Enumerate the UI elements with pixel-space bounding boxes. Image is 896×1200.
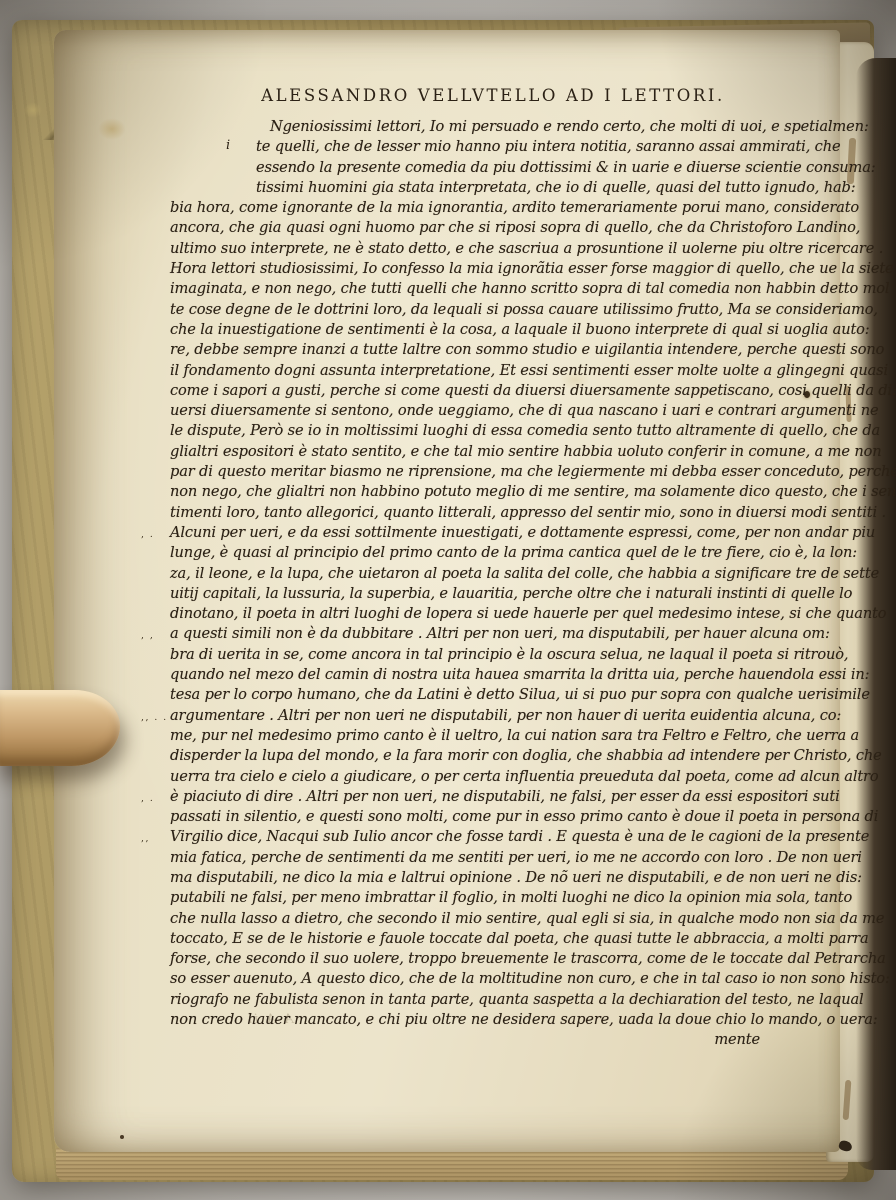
text-line: essendo la presente comedia da piu dotti… [170, 158, 796, 178]
text-line-content: essendo la presente comedia da piu dotti… [256, 159, 876, 176]
text-line: ‚ ‚a questi simili non è da dubbitare . … [170, 624, 796, 644]
text-line: mia fatica, perche de sentimenti da me s… [170, 848, 796, 868]
text-line-content: te quelli, che de lesser mio hanno piu i… [256, 138, 840, 155]
text-line: che nulla lasso a dietro, che secondo il… [170, 909, 796, 929]
ink-speck [120, 1135, 124, 1139]
text-line: bia hora, come ignorante de la mia ignor… [170, 198, 796, 218]
text-line-content: Ngeniosissimi lettori, Io mi persuado e … [270, 118, 869, 135]
text-line-content: passati in silentio, e questi sono molti… [170, 808, 878, 825]
text-line-content: uersi diuersamente si sentono, onde uegg… [170, 402, 879, 419]
text-line-content: tesa per lo corpo humano, che da Latini … [170, 686, 870, 703]
text-line: par di questo meritar biasmo ne riprensi… [170, 462, 796, 482]
text-line: come i sapori a gusti, perche si come qu… [170, 381, 796, 401]
text-line: ‚ .Alcuni per ueri, e da essi sottilment… [170, 523, 796, 543]
text-line: Ngeniosissimi lettori, Io mi persuado e … [170, 117, 796, 137]
text-line: che la inuestigatione de sentimenti è la… [170, 320, 796, 340]
wooden-page-holder [0, 690, 120, 766]
text-line-content: bra di uerita in se, come ancora in tal … [170, 646, 848, 663]
text-line-content: za, il leone, e la lupa, che uietaron al… [170, 565, 879, 582]
text-line: so esser auenuto, A questo dico, che de … [170, 969, 796, 989]
text-line: ancora, che gia quasi ogni huomo par che… [170, 218, 796, 238]
margin-mark: ‚ . [141, 525, 168, 545]
page-block-bottom-edge [56, 1148, 848, 1180]
text-line-content: è piaciuto di dire . Altri per non ueri,… [170, 788, 840, 805]
text-line-content: mia fatica, perche de sentimenti da me s… [170, 849, 862, 866]
text-line: non nego, che glialtri non habbino potut… [170, 482, 796, 502]
text-line: toccato, E se de le historie e fauole to… [170, 929, 796, 949]
text-block: Ngeniosissimi lettori, Io mi persuado e … [170, 117, 796, 1051]
text-line-content: ma disputabili, ne dico la mia e laltrui… [170, 869, 862, 886]
text-line-content: argumentare . Altri per non ueri ne disp… [170, 707, 841, 724]
text-line-content: disperder la lupa del mondo, e la fara m… [170, 747, 882, 764]
text-line: ‚‚Virgilio dice, Nacqui sub Iulio ancor … [170, 827, 796, 847]
text-line: ultimo suo interprete, ne è stato detto,… [170, 239, 796, 259]
text-line: uitij capitali, la lussuria, la superbia… [170, 584, 796, 604]
text-line-content: par di questo meritar biasmo ne riprensi… [170, 463, 896, 480]
text-line-content: le dispute, Però se io in moltissimi luo… [170, 422, 880, 439]
text-line-content: bia hora, come ignorante de la mia ignor… [170, 199, 859, 216]
text-line: passati in silentio, e questi sono molti… [170, 807, 796, 827]
margin-mark: ‚ ‚ [141, 626, 168, 646]
text-line-content: Alcuni per ueri, e da essi sottilmente i… [170, 524, 875, 541]
text-line-content: putabili ne falsi, per meno imbrattar il… [170, 889, 852, 906]
margin-mark: ‚ . [141, 789, 168, 809]
text-line-content: uerra tra cielo e cielo a giudicare, o p… [170, 768, 879, 785]
text-line: riografo ne fabulista senon in tanta par… [170, 990, 796, 1010]
text-line: quando nel mezo del camin di nostra uita… [170, 665, 796, 685]
page-title: ALESSANDRO VELLVTELLO AD I LETTORI. [170, 86, 806, 105]
text-line: ‚ .è piaciuto di dire . Altri per non ue… [170, 787, 796, 807]
text-line: ‚‚ . .argumentare . Altri per non ueri n… [170, 706, 796, 726]
text-line: te quelli, che de lesser mio hanno piu i… [170, 137, 796, 157]
text-line-content: come i sapori a gusti, perche si come qu… [170, 382, 896, 399]
text-line-content: te cose degne de le dottrini loro, da le… [170, 301, 878, 318]
text-line-content: so esser auenuto, A questo dico, che de … [170, 970, 890, 987]
text-line: tissimi huomini gia stata interpretata, … [170, 178, 796, 198]
text-line-content: Hora lettori studiosissimi, Io confesso … [170, 260, 894, 277]
catchword: mente [170, 1030, 796, 1050]
text-line: te cose degne de le dottrini loro, da le… [170, 300, 796, 320]
text-line-content: glialtri espositori è stato sentito, e c… [170, 443, 881, 460]
text-line-content: lunge, è quasi al principio del primo ca… [170, 544, 857, 561]
text-line-content: me, pur nel medesimo primo canto è il ue… [170, 727, 859, 744]
text-line-content: timenti loro, tanto allegorici, quanto l… [170, 504, 886, 521]
text-line: ma disputabili, ne dico la mia e laltrui… [170, 868, 796, 888]
text-line: re, debbe sempre inanzi a tutte laltre c… [170, 340, 796, 360]
text-line: putabili ne falsi, per meno imbrattar il… [170, 888, 796, 908]
text-line-content: dinotano, il poeta in altri luoghi de lo… [170, 605, 886, 622]
text-line-content: il fondamento dogni assunta interpretati… [170, 362, 888, 379]
text-line-content: toccato, E se de le historie e fauole to… [170, 930, 869, 947]
text-line: za, il leone, e la lupa, che uietaron al… [170, 564, 796, 584]
text-line: lunge, è quasi al principio del primo ca… [170, 543, 796, 563]
text-line: me, pur nel medesimo primo canto è il ue… [170, 726, 796, 746]
text-line: uersi diuersamente si sentono, onde uegg… [170, 401, 796, 421]
text-line-content: quando nel mezo del camin di nostra uita… [170, 666, 869, 683]
text-line-content: che la inuestigatione de sentimenti è la… [170, 321, 870, 338]
text-line: Hora lettori studiosissimi, Io confesso … [170, 259, 796, 279]
text-line-content: re, debbe sempre inanzi a tutte laltre c… [170, 341, 884, 358]
text-line: imaginata, e non nego, che tutti quelli … [170, 279, 796, 299]
text-line-content: a questi simili non è da dubbitare . Alt… [170, 625, 830, 642]
text-line-content: riografo ne fabulista senon in tanta par… [170, 991, 864, 1008]
text-line-content: uitij capitali, la lussuria, la superbia… [170, 585, 852, 602]
text-line: il fondamento dogni assunta interpretati… [170, 361, 796, 381]
text-line-content: ultimo suo interprete, ne è stato detto,… [170, 240, 883, 257]
text-line-content: tissimi huomini gia stata interpretata, … [256, 179, 855, 196]
text-line: forse, che secondo il suo uolere, troppo… [170, 949, 796, 969]
text-line: dinotano, il poeta in altri luoghi de lo… [170, 604, 796, 624]
text-line-content: imaginata, e non nego, che tutti quelli … [170, 280, 889, 297]
text-line-content: ancora, che gia quasi ogni huomo par che… [170, 219, 860, 236]
text-line: tesa per lo corpo humano, che da Latini … [170, 685, 796, 705]
margin-mark: ‚‚ [141, 829, 168, 849]
text-line-content: non credo hauer mancato, e chi piu oltre… [170, 1011, 878, 1028]
text-line: bra di uerita in se, come ancora in tal … [170, 645, 796, 665]
margin-mark: ‚‚ . . [141, 708, 168, 728]
paper-stain [98, 118, 126, 140]
text-line: non credo hauer mancato, e chi piu oltre… [170, 1010, 796, 1030]
text-line: le dispute, Però se io in moltissimi luo… [170, 421, 796, 441]
text-line-content: Virgilio dice, Nacqui sub Iulio ancor ch… [170, 828, 869, 845]
text-line-content: che nulla lasso a dietro, che secondo il… [170, 910, 884, 927]
text-line-content: forse, che secondo il suo uolere, troppo… [170, 950, 886, 967]
text-line-content: non nego, che glialtri non habbino potut… [170, 483, 896, 500]
photo-background: { "page": { "header": "ALESSANDRO VELLVT… [0, 0, 896, 1200]
text-line: timenti loro, tanto allegorici, quanto l… [170, 503, 796, 523]
cover-stain [24, 102, 42, 118]
text-line: uerra tra cielo e cielo a giudicare, o p… [170, 767, 796, 787]
text-line: glialtri espositori è stato sentito, e c… [170, 442, 796, 462]
text-line: disperder la lupa del mondo, e la fara m… [170, 746, 796, 766]
